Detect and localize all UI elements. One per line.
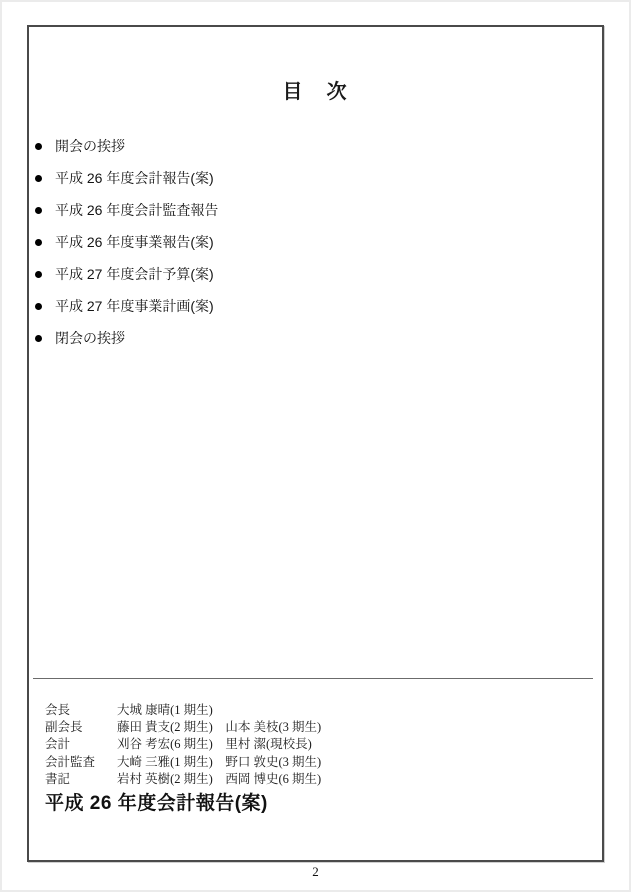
bullet-icon bbox=[35, 303, 42, 310]
officer-row: 書記 岩村 英樹(2 期生) 西岡 博史(6 期生) bbox=[45, 770, 321, 787]
toc-item: 平成 27 年度事業計画(案) bbox=[32, 290, 218, 322]
section-heading: 平成 26 年度会計報告(案) bbox=[45, 788, 268, 815]
bullet-icon bbox=[35, 207, 42, 214]
officer-row: 会計 刈谷 考宏(6 期生) 里村 潔(現校長) bbox=[45, 735, 321, 752]
officers-list: 会長 大城 康晴(1 期生) 副会長 藤田 貴支(2 期生) 山本 美枝(3 期… bbox=[45, 700, 321, 787]
bullet-icon bbox=[35, 143, 42, 150]
officer-members: 刈谷 考宏(6 期生) 里村 潔(現校長) bbox=[117, 734, 312, 752]
toc-item-label: 平成 26 年度会計報告(案) bbox=[55, 168, 214, 188]
toc-item: 開会の挨拶 bbox=[32, 130, 218, 162]
toc-list: 開会の挨拶 平成 26 年度会計報告(案) 平成 26 年度会計監査報告 平成 … bbox=[32, 130, 218, 354]
officer-members: 藤田 貴支(2 期生) 山本 美枝(3 期生) bbox=[117, 717, 321, 735]
page-title: 目 次 bbox=[29, 75, 602, 104]
toc-item-label: 平成 27 年度会計予算(案) bbox=[55, 264, 214, 284]
toc-item: 閉会の挨拶 bbox=[32, 322, 218, 354]
bullet-icon bbox=[35, 271, 42, 278]
officer-role: 書記 bbox=[45, 769, 117, 787]
toc-item-label: 閉会の挨拶 bbox=[55, 328, 125, 348]
officer-members: 大城 康晴(1 期生) bbox=[117, 700, 213, 718]
officer-role: 会計 bbox=[45, 734, 117, 752]
toc-item-label: 平成 26 年度会計監査報告 bbox=[55, 200, 218, 220]
page-number: 2 bbox=[0, 864, 631, 880]
toc-item: 平成 26 年度事業報告(案) bbox=[32, 226, 218, 258]
page-border-frame: 目 次 開会の挨拶 平成 26 年度会計報告(案) 平成 26 年度会計監査報告… bbox=[27, 25, 604, 862]
officer-row: 会計監査 大崎 三雅(1 期生) 野口 敦史(3 期生) bbox=[45, 752, 321, 769]
officer-row: 副会長 藤田 貴支(2 期生) 山本 美枝(3 期生) bbox=[45, 717, 321, 734]
bullet-icon bbox=[35, 239, 42, 246]
toc-item-label: 平成 27 年度事業計画(案) bbox=[55, 296, 214, 316]
bullet-icon bbox=[35, 335, 42, 342]
toc-item: 平成 26 年度会計監査報告 bbox=[32, 194, 218, 226]
officer-role: 会計監査 bbox=[45, 752, 117, 770]
toc-item: 平成 27 年度会計予算(案) bbox=[32, 258, 218, 290]
officer-role: 副会長 bbox=[45, 717, 117, 735]
bullet-icon bbox=[35, 175, 42, 182]
footer-divider bbox=[33, 678, 593, 679]
toc-item-label: 開会の挨拶 bbox=[55, 136, 125, 156]
toc-item-label: 平成 26 年度事業報告(案) bbox=[55, 232, 214, 252]
officer-members: 岩村 英樹(2 期生) 西岡 博史(6 期生) bbox=[117, 769, 321, 787]
officer-role: 会長 bbox=[45, 700, 117, 718]
document-page: { "document": { "title": "目 次", "toc": {… bbox=[0, 0, 631, 892]
officer-members: 大崎 三雅(1 期生) 野口 敦史(3 期生) bbox=[117, 752, 321, 770]
officer-row: 会長 大城 康晴(1 期生) bbox=[45, 700, 321, 717]
toc-item: 平成 26 年度会計報告(案) bbox=[32, 162, 218, 194]
